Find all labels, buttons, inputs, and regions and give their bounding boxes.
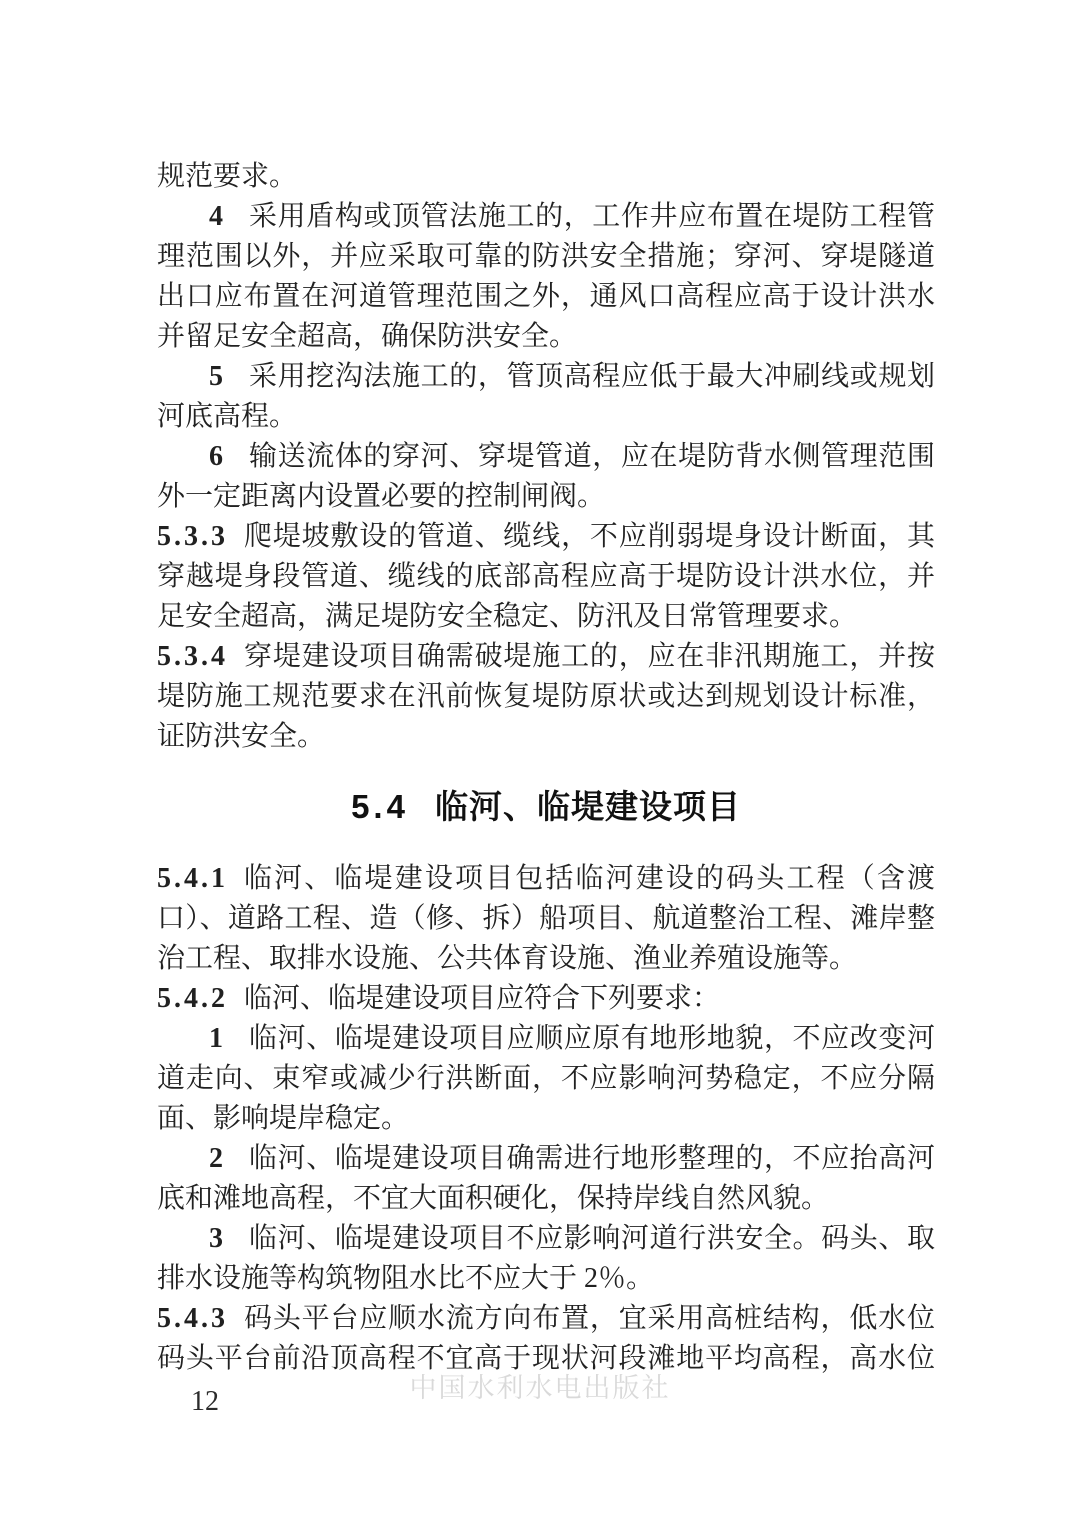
text-line: 出口应布置在河道管理范围之外，通风口高程应高于设计洪水位: [157, 277, 935, 317]
text-line: 5.3.3 爬堤坡敷设的管道、缆线，不应削弱堤身设计断面，其: [157, 517, 935, 557]
line-text: 治工程、取排水设施、公共体育设施、渔业养殖设施等。: [157, 939, 857, 979]
line-text: 爬堤坡敷设的管道、缆线，不应削弱堤身设计断面，其: [244, 517, 935, 557]
text-line: 道走向、束窄或减少行洪断面，不应影响河势稳定，不应分隔水: [157, 1059, 935, 1099]
text-line: 证防洪安全。: [157, 717, 935, 757]
text-line: 面、影响堤岸稳定。: [157, 1099, 935, 1139]
clause-number: 5.3.3: [157, 517, 228, 557]
section-title: 临河、临堤建设项目: [435, 788, 741, 825]
line-text: 临河、临堤建设项目不应影响河道行洪安全。码头、取: [249, 1219, 935, 1259]
section-heading: 5.4临河、临堤建设项目: [157, 785, 935, 829]
line-text: 并留足安全超高，确保防洪安全。: [157, 317, 577, 357]
clause-number: 5.4.1: [157, 859, 228, 899]
document-page: 规范要求。 4 采用盾构或顶管法施工的，工作井应布置在堤防工程管 理范围以外，并…: [0, 0, 1080, 1527]
item-number: 4: [209, 197, 223, 237]
item-number: 3: [209, 1219, 223, 1259]
clause-number: 5.4.3: [157, 1299, 228, 1339]
line-text: 码头平台应顺水流方向布置，宜采用高桩结构，低水位: [244, 1299, 935, 1339]
text-line: 外一定距离内设置必要的控制闸阀。: [157, 477, 935, 517]
text-content: 规范要求。 4 采用盾构或顶管法施工的，工作井应布置在堤防工程管 理范围以外，并…: [157, 157, 935, 1379]
text-line: 3 临河、临堤建设项目不应影响河道行洪安全。码头、取: [157, 1219, 935, 1259]
line-text: 河底高程。: [157, 397, 297, 437]
line-text: 临河、临堤建设项目应顺应原有地形地貌，不应改变河: [249, 1019, 935, 1059]
item-number: 2: [209, 1139, 223, 1179]
text-line: 足安全超高，满足堤防安全稳定、防汛及日常管理要求。: [157, 597, 935, 637]
text-line: 1 临河、临堤建设项目应顺应原有地形地貌，不应改变河: [157, 1019, 935, 1059]
line-text: 证防洪安全。: [157, 717, 325, 757]
line-text: 理范围以外，并应采取可靠的防洪安全措施；穿河、穿堤隧道进: [157, 237, 935, 277]
clause-number: 5.3.4: [157, 637, 228, 677]
line-text: 出口应布置在河道管理范围之外，通风口高程应高于设计洪水位: [157, 277, 935, 317]
clause-number: 5.4.2: [157, 979, 228, 1019]
text-line: 理范围以外，并应采取可靠的防洪安全措施；穿河、穿堤隧道进: [157, 237, 935, 277]
text-line: 底和滩地高程，不宜大面积硬化，保持岸线自然风貌。: [157, 1179, 935, 1219]
text-line: 河底高程。: [157, 397, 935, 437]
text-line: 6 输送流体的穿河、穿堤管道，应在堤防背水侧管理范围: [157, 437, 935, 477]
text-line: 治工程、取排水设施、公共体育设施、渔业养殖设施等。: [157, 939, 935, 979]
text-line: 5.3.4 穿堤建设项目确需破堤施工的，应在非汛期施工，并按: [157, 637, 935, 677]
page-number: 12: [191, 1386, 219, 1418]
paragraph-block-bottom: 5.4.1 临河、临堤建设项目包括临河建设的码头工程（含渡 口）、道路工程、造（…: [157, 859, 935, 1379]
line-text: 穿越堤身段管道、缆线的底部高程应高于堤防设计洪水位，并留: [157, 557, 935, 597]
section-number: 5.4: [351, 788, 409, 825]
text-line: 2 临河、临堤建设项目确需进行地形整理的，不应抬高河: [157, 1139, 935, 1179]
line-text: 道走向、束窄或减少行洪断面，不应影响河势稳定，不应分隔水: [157, 1059, 935, 1099]
text-line: 并留足安全超高，确保防洪安全。: [157, 317, 935, 357]
item-number: 1: [209, 1019, 223, 1059]
line-text: 堤防施工规范要求在汛前恢复堤防原状或达到规划设计标准，保: [157, 677, 935, 717]
item-number: 5: [209, 357, 223, 397]
text-line: 排水设施等构筑物阻水比不应大于 2％。: [157, 1259, 935, 1299]
text-line: 5.4.1 临河、临堤建设项目包括临河建设的码头工程（含渡: [157, 859, 935, 899]
line-text: 面、影响堤岸稳定。: [157, 1099, 409, 1139]
line-text: 口）、道路工程、造（修、拆）船项目、航道整治工程、滩岸整: [157, 899, 935, 939]
line-text: 临河、临堤建设项目确需进行地形整理的，不应抬高河: [249, 1139, 935, 1179]
text-line: 5.4.3 码头平台应顺水流方向布置，宜采用高桩结构，低水位: [157, 1299, 935, 1339]
text-line: 5.4.2 临河、临堤建设项目应符合下列要求：: [157, 979, 935, 1019]
text-line: 规范要求。: [157, 157, 935, 197]
item-number: 6: [209, 437, 223, 477]
line-text: 足安全超高，满足堤防安全稳定、防汛及日常管理要求。: [157, 597, 857, 637]
line-text: 临河、临堤建设项目包括临河建设的码头工程（含渡: [244, 859, 935, 899]
paragraph-block-top: 规范要求。 4 采用盾构或顶管法施工的，工作井应布置在堤防工程管 理范围以外，并…: [157, 157, 935, 757]
line-text: 规范要求。: [157, 157, 297, 197]
line-text: 穿堤建设项目确需破堤施工的，应在非汛期施工，并按: [244, 637, 935, 677]
text-line: 穿越堤身段管道、缆线的底部高程应高于堤防设计洪水位，并留: [157, 557, 935, 597]
text-line: 4 采用盾构或顶管法施工的，工作井应布置在堤防工程管: [157, 197, 935, 237]
line-text: 外一定距离内设置必要的控制闸阀。: [157, 477, 605, 517]
text-line: 堤防施工规范要求在汛前恢复堤防原状或达到规划设计标准，保: [157, 677, 935, 717]
line-text: 临河、临堤建设项目应符合下列要求：: [244, 979, 720, 1019]
line-text: 排水设施等构筑物阻水比不应大于 2％。: [157, 1259, 654, 1299]
line-text: 采用挖沟法施工的，管顶高程应低于最大冲刷线或规划: [249, 357, 935, 397]
text-line: 5 采用挖沟法施工的，管顶高程应低于最大冲刷线或规划: [157, 357, 935, 397]
line-text: 底和滩地高程，不宜大面积硬化，保持岸线自然风貌。: [157, 1179, 829, 1219]
line-text: 输送流体的穿河、穿堤管道，应在堤防背水侧管理范围: [249, 437, 935, 477]
text-line: 口）、道路工程、造（修、拆）船项目、航道整治工程、滩岸整: [157, 899, 935, 939]
publisher-watermark: 中国水利水电出版社: [0, 1366, 1080, 1405]
line-text: 采用盾构或顶管法施工的，工作井应布置在堤防工程管: [249, 197, 935, 237]
